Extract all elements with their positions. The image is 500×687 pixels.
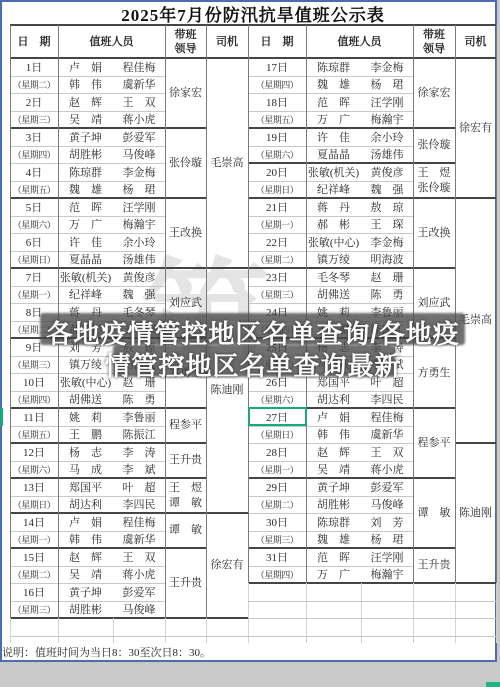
date-cell[interactable]: 6日 bbox=[10, 233, 58, 251]
staff-name[interactable]: 汤雄伟 bbox=[113, 251, 165, 269]
gridline-v bbox=[306, 583, 307, 643]
staff-name[interactable]: 吴 靖 bbox=[58, 566, 113, 584]
date-cell[interactable]: 17日 bbox=[248, 58, 306, 76]
weekday-cell[interactable]: （星期四） bbox=[248, 566, 306, 584]
gridline-v bbox=[455, 583, 456, 643]
staff-name[interactable]: 余小玲 bbox=[113, 233, 165, 251]
leader-cell[interactable]: 谭 敏 bbox=[413, 478, 455, 548]
staff-name[interactable]: 李四民 bbox=[361, 391, 413, 409]
staff-name[interactable]: 黄俊彦 bbox=[113, 268, 165, 286]
gridline-v bbox=[413, 583, 414, 643]
driver-cell[interactable]: 徐宏有 bbox=[455, 58, 496, 198]
staff-name[interactable]: 万 广 bbox=[58, 216, 113, 234]
gridline-h bbox=[248, 636, 496, 637]
staff-name[interactable]: 马俊峰 bbox=[361, 496, 413, 514]
staff-name[interactable]: 黄子坤 bbox=[58, 583, 113, 601]
staff-name[interactable]: 韩 伟 bbox=[58, 531, 113, 549]
staff-name[interactable]: 韩 伟 bbox=[58, 76, 113, 94]
staff-name[interactable]: 马 成 bbox=[58, 461, 113, 479]
staff-name[interactable]: 王 琛 bbox=[361, 216, 413, 234]
gridline-v bbox=[113, 618, 114, 643]
staff-name[interactable]: 李金梅 bbox=[113, 163, 165, 181]
date-cell[interactable]: 11日 bbox=[10, 408, 58, 426]
header-staff-right[interactable]: 值班人员 bbox=[306, 25, 413, 58]
staff-name[interactable]: 明海波 bbox=[361, 251, 413, 269]
staff-name[interactable]: 胡胜彬 bbox=[58, 601, 113, 619]
staff-name[interactable]: 梅瀚宇 bbox=[361, 566, 413, 584]
staff-name[interactable]: 吴 靖 bbox=[306, 461, 361, 479]
staff-name[interactable]: 李四民 bbox=[113, 496, 165, 514]
staff-name[interactable]: 程佳梅 bbox=[113, 58, 165, 76]
staff-name[interactable]: 汪学刚 bbox=[361, 548, 413, 566]
staff-name[interactable]: 刘 芳 bbox=[361, 513, 413, 531]
header-staff-left[interactable]: 值班人员 bbox=[58, 25, 165, 58]
staff-name[interactable]: 范 晖 bbox=[306, 548, 361, 566]
staff-name[interactable]: 程佳梅 bbox=[113, 513, 165, 531]
staff-name[interactable]: 夏晶晶 bbox=[306, 146, 361, 164]
weekday-cell[interactable]: （星期四） bbox=[10, 391, 58, 409]
staff-name[interactable]: 黄子坤 bbox=[58, 128, 113, 146]
page-title: 2025年7月份防汛抗旱值班公示表 bbox=[10, 2, 496, 25]
weekday-cell[interactable]: （星期六） bbox=[248, 146, 306, 164]
staff-name[interactable]: 夏晶晶 bbox=[58, 251, 113, 269]
staff-name[interactable]: 陈琼群 bbox=[58, 163, 113, 181]
staff-name[interactable]: 李金梅 bbox=[361, 58, 413, 76]
date-cell[interactable]: 1日 bbox=[10, 58, 58, 76]
staff-name[interactable]: 黄子坤 bbox=[306, 478, 361, 496]
date-cell[interactable]: 12日 bbox=[10, 443, 58, 461]
staff-name[interactable]: 彭爱军 bbox=[113, 583, 165, 601]
staff-name[interactable]: 毛冬琴 bbox=[306, 268, 361, 286]
weekday-cell[interactable]: （星期六） bbox=[248, 391, 306, 409]
leader-cell[interactable]: 程参平 bbox=[413, 408, 455, 478]
date-cell[interactable]: 31日 bbox=[248, 548, 306, 566]
staff-name[interactable]: 杨 珺 bbox=[113, 181, 165, 199]
staff-name[interactable]: 陈 勇 bbox=[113, 391, 165, 409]
selection-edge-mark bbox=[0, 408, 3, 426]
staff-name[interactable]: 魏 强 bbox=[113, 286, 165, 304]
staff-name[interactable]: 汪学刚 bbox=[361, 93, 413, 111]
staff-name[interactable]: 李鲁丽 bbox=[113, 408, 165, 426]
staff-name[interactable]: 许 佳 bbox=[58, 233, 113, 251]
staff-name[interactable]: 杨 珺 bbox=[361, 531, 413, 549]
staff-name[interactable]: 张敏(中心) bbox=[306, 233, 361, 251]
weekday-cell[interactable]: （星期二） bbox=[10, 566, 58, 584]
outside-sheet-area bbox=[0, 662, 500, 687]
staff-name[interactable]: 蒋 丹 bbox=[306, 198, 361, 216]
date-cell[interactable]: 3日 bbox=[10, 128, 58, 146]
staff-name[interactable]: 马俊峰 bbox=[113, 146, 165, 164]
staff-name[interactable]: 万 广 bbox=[306, 111, 361, 129]
staff-name[interactable]: 卢 娟 bbox=[306, 408, 361, 426]
watermark-line-2: 情管控地区名单查询最新 bbox=[10, 346, 496, 383]
weekday-cell[interactable]: （星期六） bbox=[10, 461, 58, 479]
date-cell[interactable]: 21日 bbox=[248, 198, 306, 216]
staff-name[interactable]: 胡达利 bbox=[306, 391, 361, 409]
staff-name[interactable]: 黄俊彦 bbox=[361, 163, 413, 181]
staff-name[interactable]: 韩 伟 bbox=[306, 426, 361, 444]
weekday-cell[interactable]: （星期四） bbox=[248, 76, 306, 94]
staff-name[interactable]: 李金梅 bbox=[361, 233, 413, 251]
title-divider bbox=[10, 24, 496, 26]
leader-cell[interactable]: 王改换 bbox=[165, 198, 206, 268]
staff-name[interactable]: 汪学刚 bbox=[113, 198, 165, 216]
weekday-cell[interactable]: （星期二） bbox=[248, 496, 306, 514]
weekday-cell[interactable]: （星期一） bbox=[248, 461, 306, 479]
date-cell[interactable]: 28日 bbox=[248, 443, 306, 461]
weekday-cell[interactable]: （星期四） bbox=[10, 146, 58, 164]
staff-name[interactable]: 赵 辉 bbox=[58, 548, 113, 566]
staff-name[interactable]: 虞新华 bbox=[113, 76, 165, 94]
gridline-v bbox=[206, 618, 207, 643]
staff-name[interactable]: 陈 勇 bbox=[361, 286, 413, 304]
staff-name[interactable]: 陈琼群 bbox=[306, 58, 361, 76]
staff-name[interactable]: 赵 辉 bbox=[306, 443, 361, 461]
leader-cell[interactable]: 王 煜 张伶璇 bbox=[413, 163, 455, 198]
date-cell[interactable]: 4日 bbox=[10, 163, 58, 181]
staff-name[interactable]: 李 斌 bbox=[113, 461, 165, 479]
selection-handle[interactable] bbox=[486, 682, 500, 687]
staff-name[interactable]: 范 晖 bbox=[306, 93, 361, 111]
weekday-cell[interactable]: （星期日） bbox=[10, 251, 58, 269]
header-leader-right[interactable]: 带班 领导 bbox=[413, 25, 455, 58]
leader-cell[interactable]: 张伶璇 bbox=[413, 128, 455, 163]
leader-cell[interactable]: 徐家宏 bbox=[413, 58, 455, 128]
gridline-v bbox=[248, 583, 249, 643]
leader-cell[interactable]: 张伶璇 bbox=[165, 128, 206, 198]
staff-name[interactable]: 魏 雄 bbox=[58, 181, 113, 199]
staff-name[interactable]: 汤雄伟 bbox=[361, 146, 413, 164]
staff-name[interactable]: 魏 雄 bbox=[306, 76, 361, 94]
gridline-v bbox=[165, 618, 166, 643]
weekday-cell[interactable]: （星期一） bbox=[10, 286, 58, 304]
selected-cell-outline[interactable] bbox=[248, 407, 307, 426]
staff-name[interactable]: 镇万绫 bbox=[306, 251, 361, 269]
staff-name[interactable]: 张敏(机关) bbox=[306, 163, 361, 181]
weekday-cell[interactable]: （星期三） bbox=[248, 286, 306, 304]
weekday-cell[interactable]: （星期日） bbox=[248, 181, 306, 199]
staff-name[interactable]: 魏 雄 bbox=[306, 531, 361, 549]
leader-cell[interactable]: 王升贵 bbox=[165, 548, 206, 618]
staff-name[interactable]: 王 双 bbox=[113, 548, 165, 566]
staff-name[interactable]: 张敏(机关) bbox=[58, 268, 113, 286]
staff-name[interactable]: 蒋小虎 bbox=[113, 111, 165, 129]
date-cell[interactable]: 16日 bbox=[10, 583, 58, 601]
staff-name[interactable]: 胡胜彬 bbox=[58, 146, 113, 164]
driver-cell[interactable]: 毛崇高 bbox=[206, 58, 248, 268]
leader-cell[interactable]: 王 煜 谭 敏 bbox=[165, 478, 206, 513]
staff-name[interactable]: 纪祥峰 bbox=[306, 181, 361, 199]
gridline-h bbox=[10, 636, 248, 637]
staff-name[interactable]: 卢 娟 bbox=[58, 58, 113, 76]
date-cell[interactable]: 5日 bbox=[10, 198, 58, 216]
gridline-v bbox=[10, 618, 11, 643]
staff-name[interactable]: 余小玲 bbox=[361, 128, 413, 146]
staff-name[interactable]: 虞新华 bbox=[361, 426, 413, 444]
weekday-cell[interactable]: （星期五） bbox=[10, 426, 58, 444]
staff-name[interactable]: 程佳梅 bbox=[361, 408, 413, 426]
staff-name[interactable]: 虞新华 bbox=[113, 531, 165, 549]
date-cell[interactable]: 29日 bbox=[248, 478, 306, 496]
staff-name[interactable]: 彭爱军 bbox=[361, 478, 413, 496]
staff-name[interactable]: 许 佳 bbox=[306, 128, 361, 146]
weekday-cell[interactable]: （星期三） bbox=[10, 111, 58, 129]
staff-name[interactable]: 李 涛 bbox=[113, 443, 165, 461]
date-cell[interactable]: 15日 bbox=[10, 548, 58, 566]
gridline-v bbox=[361, 583, 362, 643]
weekday-cell[interactable]: （星期三） bbox=[10, 601, 58, 619]
date-cell[interactable]: 23日 bbox=[248, 268, 306, 286]
staff-name[interactable]: 胡胜彬 bbox=[306, 496, 361, 514]
staff-name[interactable]: 杨 志 bbox=[58, 443, 113, 461]
staff-name[interactable]: 赵 珊 bbox=[361, 268, 413, 286]
spreadsheet-page: 第 2025年7月份防汛抗旱值班公示表 日 期 值班人员 带班 领导 司机 日 … bbox=[0, 0, 497, 662]
staff-name[interactable]: 赵 辉 bbox=[58, 93, 113, 111]
date-cell[interactable]: 7日 bbox=[10, 268, 58, 286]
staff-name[interactable]: 王 双 bbox=[361, 443, 413, 461]
date-cell[interactable]: 20日 bbox=[248, 163, 306, 181]
staff-name[interactable]: 马俊峰 bbox=[113, 601, 165, 619]
staff-name[interactable]: 胡佛送 bbox=[306, 286, 361, 304]
staff-name[interactable]: 陈振江 bbox=[113, 426, 165, 444]
date-cell[interactable]: 2日 bbox=[10, 93, 58, 111]
header-date-left[interactable]: 日 期 bbox=[10, 25, 58, 58]
driver-cell[interactable]: 陈迪刚 bbox=[455, 443, 496, 583]
date-cell[interactable]: 14日 bbox=[10, 513, 58, 531]
staff-name[interactable]: 陈琼群 bbox=[306, 513, 361, 531]
header-driver-left[interactable]: 司机 bbox=[206, 25, 248, 58]
date-cell[interactable]: 18日 bbox=[248, 93, 306, 111]
weekday-cell[interactable]: （星期五） bbox=[10, 181, 58, 199]
staff-name[interactable]: 梅瀚宇 bbox=[113, 216, 165, 234]
leader-cell[interactable]: 谭 敏 bbox=[165, 513, 206, 548]
weekday-cell[interactable]: （星期二） bbox=[248, 251, 306, 269]
leader-cell[interactable]: 王改换 bbox=[413, 198, 455, 268]
leader-cell[interactable]: 程参平 bbox=[165, 408, 206, 443]
weekday-cell[interactable]: （星期五） bbox=[248, 111, 306, 129]
date-cell[interactable]: 22日 bbox=[248, 233, 306, 251]
staff-name[interactable]: 郑国平 bbox=[58, 478, 113, 496]
staff-name[interactable]: 魏 强 bbox=[361, 181, 413, 199]
staff-name[interactable]: 梅瀚宇 bbox=[361, 111, 413, 129]
staff-name[interactable]: 卢 娟 bbox=[58, 513, 113, 531]
gridline-v bbox=[58, 618, 59, 643]
header-date-right[interactable]: 日 期 bbox=[248, 25, 306, 58]
date-cell[interactable]: 19日 bbox=[248, 128, 306, 146]
staff-name[interactable]: 胡达利 bbox=[58, 496, 113, 514]
staff-name[interactable]: 彭爱军 bbox=[113, 128, 165, 146]
staff-name[interactable]: 王 双 bbox=[113, 93, 165, 111]
staff-name[interactable]: 吴 靖 bbox=[58, 111, 113, 129]
staff-name[interactable]: 胡佛送 bbox=[58, 391, 113, 409]
staff-name[interactable]: 王 鹏 bbox=[58, 426, 113, 444]
staff-name[interactable]: 杨 珺 bbox=[361, 76, 413, 94]
weekday-cell[interactable]: （星期二） bbox=[10, 76, 58, 94]
gridline-h bbox=[248, 601, 496, 602]
staff-name[interactable]: 纪祥峰 bbox=[58, 286, 113, 304]
weekday-cell[interactable]: （星期一） bbox=[248, 216, 306, 234]
weekday-cell[interactable]: （星期三） bbox=[248, 531, 306, 549]
header-driver-right[interactable]: 司机 bbox=[455, 25, 496, 58]
leader-cell[interactable]: 王升贵 bbox=[413, 548, 455, 583]
date-cell[interactable]: 30日 bbox=[248, 513, 306, 531]
staff-name[interactable]: 万 广 bbox=[306, 566, 361, 584]
weekday-cell[interactable]: （星期日） bbox=[10, 496, 58, 514]
weekday-cell[interactable]: （星期六） bbox=[10, 216, 58, 234]
date-cell[interactable]: 13日 bbox=[10, 478, 58, 496]
note-text: 说明：值班时间为当日8：30至次日8：30。 bbox=[2, 644, 211, 660]
duty-table: 第 2025年7月份防汛抗旱值班公示表 日 期 值班人员 带班 领导 司机 日 … bbox=[0, 0, 497, 662]
staff-name[interactable]: 叶 超 bbox=[113, 478, 165, 496]
column-line bbox=[496, 25, 497, 583]
weekday-cell[interactable]: （星期一） bbox=[10, 531, 58, 549]
staff-name[interactable]: 郝 彬 bbox=[306, 216, 361, 234]
staff-name[interactable]: 敖 琼 bbox=[361, 198, 413, 216]
staff-name[interactable]: 蒋小虎 bbox=[361, 461, 413, 479]
gridline-h bbox=[248, 618, 496, 619]
gridline-v bbox=[496, 583, 497, 643]
staff-name[interactable]: 姚 莉 bbox=[58, 408, 113, 426]
leader-cell[interactable]: 王升贵 bbox=[165, 443, 206, 478]
staff-name[interactable]: 范 晖 bbox=[58, 198, 113, 216]
leader-cell[interactable]: 徐家宏 bbox=[165, 58, 206, 128]
weekday-cell[interactable]: （星期日） bbox=[248, 426, 306, 444]
driver-cell[interactable]: 徐宏有 bbox=[206, 513, 248, 618]
header-leader-left[interactable]: 带班 领导 bbox=[165, 25, 206, 58]
driver-cell[interactable]: 陈迪刚 bbox=[206, 268, 248, 513]
staff-name[interactable]: 蒋小虎 bbox=[113, 566, 165, 584]
